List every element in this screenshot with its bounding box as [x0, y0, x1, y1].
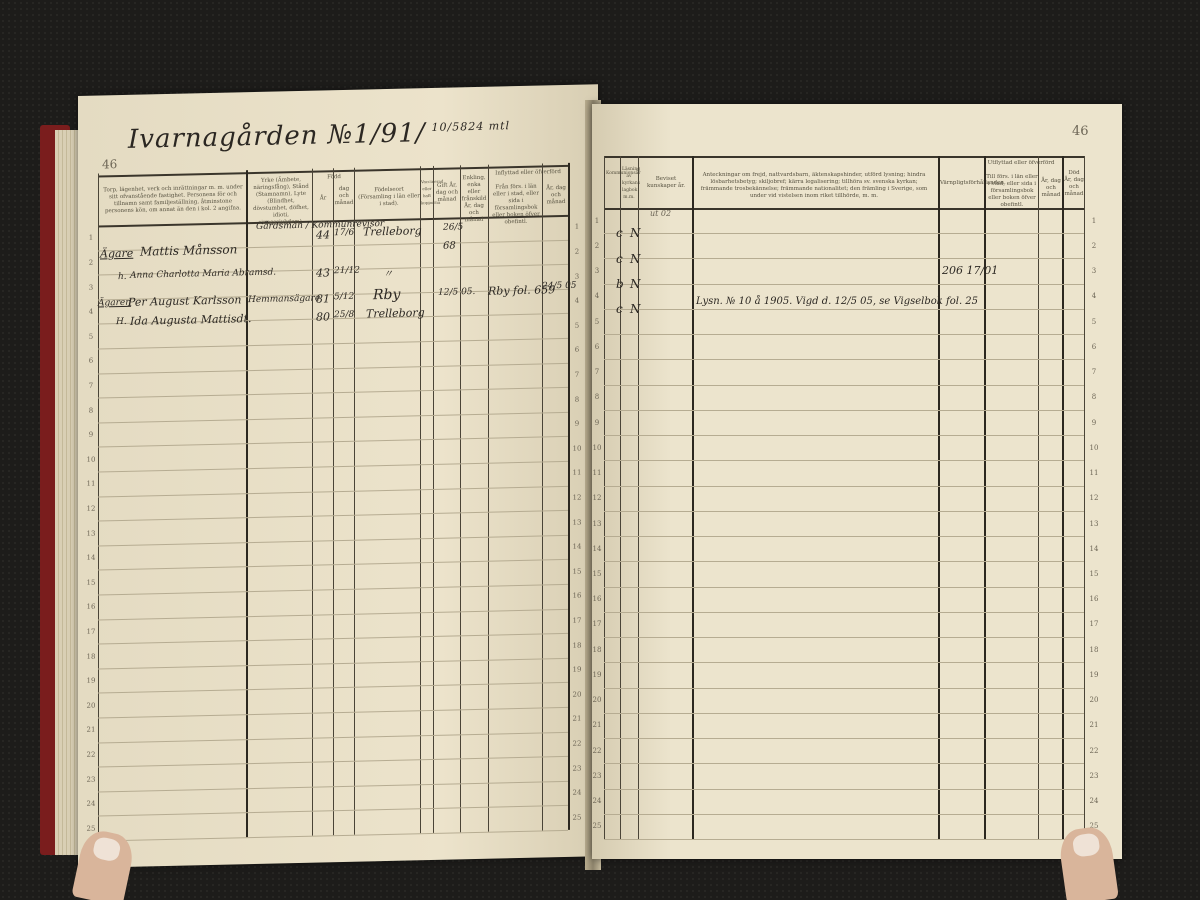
row-number: 15 [1087, 570, 1101, 578]
header-col14: Anteckningar om frejd, nattvardsbarn, äk… [694, 172, 934, 200]
header-col16-group: Utflyttad eller öfverförd [986, 160, 1056, 167]
header-col13: Beviset kunskaper år. [644, 176, 688, 190]
row-number: 12 [590, 494, 604, 502]
right-thumbnail [1072, 832, 1101, 857]
header-col18: Död År, dag och månad [1064, 170, 1084, 198]
row-number: 1 [590, 217, 604, 225]
row-number: 11 [590, 469, 604, 477]
row-number: 15 [590, 570, 604, 578]
row-rule [604, 334, 1084, 335]
header-col4: dag och månad [334, 186, 354, 207]
row-number: 13 [1087, 520, 1101, 528]
row-rule [604, 763, 1084, 764]
header-col15: Värnpligtsförhållanden. [940, 180, 982, 187]
header-col16: Till förs. i län eller i stad, eller sid… [986, 174, 1038, 209]
header-col12: Läsning av kyrkans lagbok m.m. [622, 166, 636, 201]
entry-role-2: Ägare [100, 247, 133, 261]
entry-name-2b: Anna Charlotta Maria Abramsd. [130, 268, 276, 281]
column-rule [1084, 156, 1085, 839]
row-number: 25 [570, 813, 584, 821]
row-number: 23 [590, 772, 604, 780]
column-rule [420, 166, 421, 833]
entry-married-2: 68 [443, 240, 456, 251]
header-col9: Från förs. i län eller i stad, eller sid… [490, 183, 542, 226]
row-number: 24 [590, 797, 604, 805]
row-number: 9 [1087, 419, 1101, 427]
row-number: 24 [570, 789, 584, 797]
row-number: 2 [1087, 242, 1101, 250]
row-rule [604, 359, 1084, 360]
row-rule [604, 612, 1084, 613]
row-number: 13 [84, 529, 98, 537]
row-number: 3 [1087, 267, 1101, 275]
entry-birth-date-3: 5/12 [334, 292, 354, 302]
row-rule [604, 814, 1084, 815]
entry-married-1: 26/5 [443, 222, 463, 232]
header-col7: Gift År, dag och månad [434, 182, 460, 204]
entry-moved-date-3: 24/5 05 [542, 281, 577, 292]
row-rule [604, 284, 1084, 285]
row-number: 24 [1087, 797, 1101, 805]
entry-birth-year-4: 80 [316, 310, 330, 323]
row-number: 19 [84, 677, 98, 685]
row-number: 13 [570, 518, 584, 526]
left-page-number: 46 [102, 157, 117, 171]
row-number: 18 [1087, 646, 1101, 654]
r-entry-c12-4: N [630, 302, 641, 316]
entry-role-2b: h. [118, 272, 127, 282]
r-entry-c12-1: N [630, 226, 641, 240]
row-rule [604, 587, 1084, 588]
row-number: 6 [590, 343, 604, 351]
row-number: 19 [1087, 671, 1101, 679]
row-number: 6 [570, 346, 584, 354]
header-col1: Torp, lägenhet, verk och inrättningar m.… [103, 184, 243, 215]
column-rule [542, 163, 543, 830]
row-number: 11 [570, 469, 584, 477]
column-rule [460, 165, 461, 832]
row-number: 21 [84, 726, 98, 734]
row-rule [604, 713, 1084, 714]
header-col9-group: Inflyttad eller öfverförd [490, 169, 566, 178]
row-number: 20 [84, 701, 98, 709]
row-number: 6 [84, 357, 98, 365]
header-col6: Vaccinerad eller haft kopporna [421, 178, 433, 206]
row-rule [604, 233, 1084, 234]
row-number: 22 [570, 739, 584, 747]
row-number: 14 [84, 554, 98, 562]
row-number: 3 [570, 272, 584, 280]
row-number: 9 [590, 419, 604, 427]
r-entry-c12-2: N [630, 252, 641, 266]
row-number: 22 [590, 747, 604, 755]
row-number: 21 [1087, 721, 1101, 729]
row-number: 20 [570, 690, 584, 698]
row-number: 1 [1087, 217, 1101, 225]
entry-occupation-3: Hemmansägare [248, 294, 320, 306]
row-number: 24 [84, 800, 98, 808]
entry-birthplace-2b: 〃 [383, 265, 393, 280]
entry-birth-year-1: 44 [316, 228, 330, 241]
row-number: 17 [590, 620, 604, 628]
row-number: 4 [590, 292, 604, 300]
entry-name-2: Mattis Månsson [140, 242, 237, 258]
header-col3: År [314, 195, 332, 202]
row-rule [604, 839, 1084, 840]
header-col2: Yrke (Ämbete, näringsfång), Stånd (Stamn… [250, 177, 312, 227]
row-number: 9 [84, 431, 98, 439]
r-entry-c11-1: c [616, 226, 623, 240]
row-number: 2 [570, 247, 584, 255]
r-entry-c15-3: 206 17/01 [942, 264, 998, 277]
right-page: 46 Kommunionsår Läsning av kyrkans lagbo… [592, 104, 1122, 859]
row-number: 14 [590, 545, 604, 553]
row-number: 16 [590, 595, 604, 603]
row-number: 23 [1087, 772, 1101, 780]
row-number: 1 [570, 223, 584, 231]
row-number: 14 [570, 543, 584, 551]
row-number: 15 [84, 578, 98, 586]
row-number: 7 [590, 368, 604, 376]
row-number: 22 [1087, 747, 1101, 755]
row-number: 16 [570, 592, 584, 600]
entry-role-3: Ägaren [98, 298, 131, 309]
row-number: 3 [590, 267, 604, 275]
row-number: 16 [84, 603, 98, 611]
row-number: 8 [590, 393, 604, 401]
r-entry-c11-4: c [616, 302, 623, 316]
row-rule [604, 486, 1084, 487]
row-number: 5 [84, 332, 98, 340]
entry-birth-date-1: 17/6 [334, 228, 354, 238]
row-number: 23 [84, 775, 98, 783]
entry-birth-year-2b: 43 [316, 266, 330, 279]
row-rule [604, 258, 1084, 259]
row-number: 12 [570, 493, 584, 501]
row-number: 5 [1087, 318, 1101, 326]
row-number: 7 [570, 370, 584, 378]
row-number: 12 [84, 504, 98, 512]
top-note: ut 02 [650, 209, 671, 218]
row-number: 12 [1087, 494, 1101, 502]
farm-title: Ivarnagården №1/91/10/5824 mtl [128, 116, 510, 155]
row-number: 4 [570, 297, 584, 305]
left-ruled-grid: 1122334455667788991010111112121313141415… [78, 84, 598, 96]
row-number: 8 [1087, 393, 1101, 401]
entry-married-3: 12/5 05. [438, 287, 475, 298]
row-rule [604, 410, 1084, 411]
row-rule [604, 460, 1084, 461]
row-number: 22 [84, 750, 98, 758]
row-number: 8 [570, 395, 584, 403]
entry-birthplace-4: Trelleborg [366, 306, 425, 320]
row-number: 20 [1087, 696, 1101, 704]
row-rule [604, 385, 1084, 386]
right-page-number: 46 [1072, 124, 1089, 139]
column-rule [312, 169, 313, 836]
entry-birthplace-3: Rby [373, 287, 400, 304]
row-rule [604, 536, 1084, 537]
header-col3-group: Född [314, 174, 354, 182]
header-col11: Kommunionsår [606, 170, 620, 177]
left-thumbnail [92, 836, 122, 863]
row-number: 21 [570, 715, 584, 723]
row-number: 21 [590, 721, 604, 729]
left-page: 46 Ivarnagården №1/91/10/5824 mtl Torp, … [78, 84, 598, 868]
row-number: 11 [1087, 469, 1101, 477]
r-entry-c12-3: N [630, 277, 641, 291]
row-rule [604, 688, 1084, 689]
row-number: 6 [1087, 343, 1101, 351]
row-number: 15 [570, 567, 584, 575]
entry-name-4: Ida Augusta Mattisdt. [130, 312, 252, 328]
entry-birth-date-2b: 21/12 [334, 266, 360, 277]
row-number: 5 [590, 318, 604, 326]
row-rule [604, 561, 1084, 562]
row-number: 5 [570, 321, 584, 329]
r-entry-c11-2: c [616, 252, 623, 266]
row-number: 7 [84, 381, 98, 389]
row-number: 18 [590, 646, 604, 654]
row-rule [604, 637, 1084, 638]
column-rule [433, 166, 434, 833]
row-number: 2 [84, 258, 98, 266]
entry-birth-date-4: 25/8 [334, 310, 354, 320]
entry-birth-year-3: 81 [316, 292, 330, 305]
row-number: 10 [570, 444, 584, 452]
row-number: 16 [1087, 595, 1101, 603]
row-number: 2 [590, 242, 604, 250]
farm-title-annotation: 10/5824 mtl [432, 120, 511, 135]
row-number: 14 [1087, 545, 1101, 553]
row-number: 18 [570, 641, 584, 649]
row-rule [604, 309, 1084, 310]
row-rule [604, 662, 1084, 663]
header-col10: År, dag och månad [544, 185, 568, 207]
row-number: 10 [84, 455, 98, 463]
row-rule [604, 511, 1084, 512]
row-rule [604, 435, 1084, 436]
row-number: 25 [590, 822, 604, 830]
row-number: 11 [84, 480, 98, 488]
row-number: 20 [590, 696, 604, 704]
column-rule [98, 174, 99, 841]
row-rule [604, 738, 1084, 739]
row-number: 8 [84, 406, 98, 414]
header-col17: År, dag och månad [1040, 178, 1062, 199]
r-entry-c11-3: b [616, 277, 624, 291]
row-rule [604, 789, 1084, 790]
row-number: 17 [570, 616, 584, 624]
header-col8: Enkling, enka eller frånskild År, dag oc… [461, 175, 487, 225]
row-number: 17 [1087, 620, 1101, 628]
row-number: 19 [570, 666, 584, 674]
row-number: 9 [570, 420, 584, 428]
entry-birthplace-1: Trelleborg [363, 224, 422, 238]
row-number: 4 [1087, 292, 1101, 300]
entry-role-4: H. [116, 317, 127, 327]
row-number: 23 [570, 764, 584, 772]
row-number: 18 [84, 652, 98, 660]
row-number: 3 [84, 283, 98, 291]
row-number: 17 [84, 627, 98, 635]
row-number: 10 [590, 444, 604, 452]
entry-name-3: Per August Karlsson [128, 293, 241, 309]
row-number: 7 [1087, 368, 1101, 376]
r-entry-c14-4: Lysn. № 10 å 1905. Vigd d. 12/5 05, se V… [696, 296, 978, 307]
row-number: 4 [84, 308, 98, 316]
row-number: 19 [590, 671, 604, 679]
right-header-top-rule [604, 156, 1084, 158]
row-number: 10 [1087, 444, 1101, 452]
header-col5: Födelseort (Församling i län eller i sta… [358, 186, 420, 208]
row-number: 13 [590, 520, 604, 528]
column-rule [488, 165, 489, 832]
row-number: 1 [84, 234, 98, 242]
farm-title-text: Ivarnagården №1/91/ [128, 118, 426, 155]
